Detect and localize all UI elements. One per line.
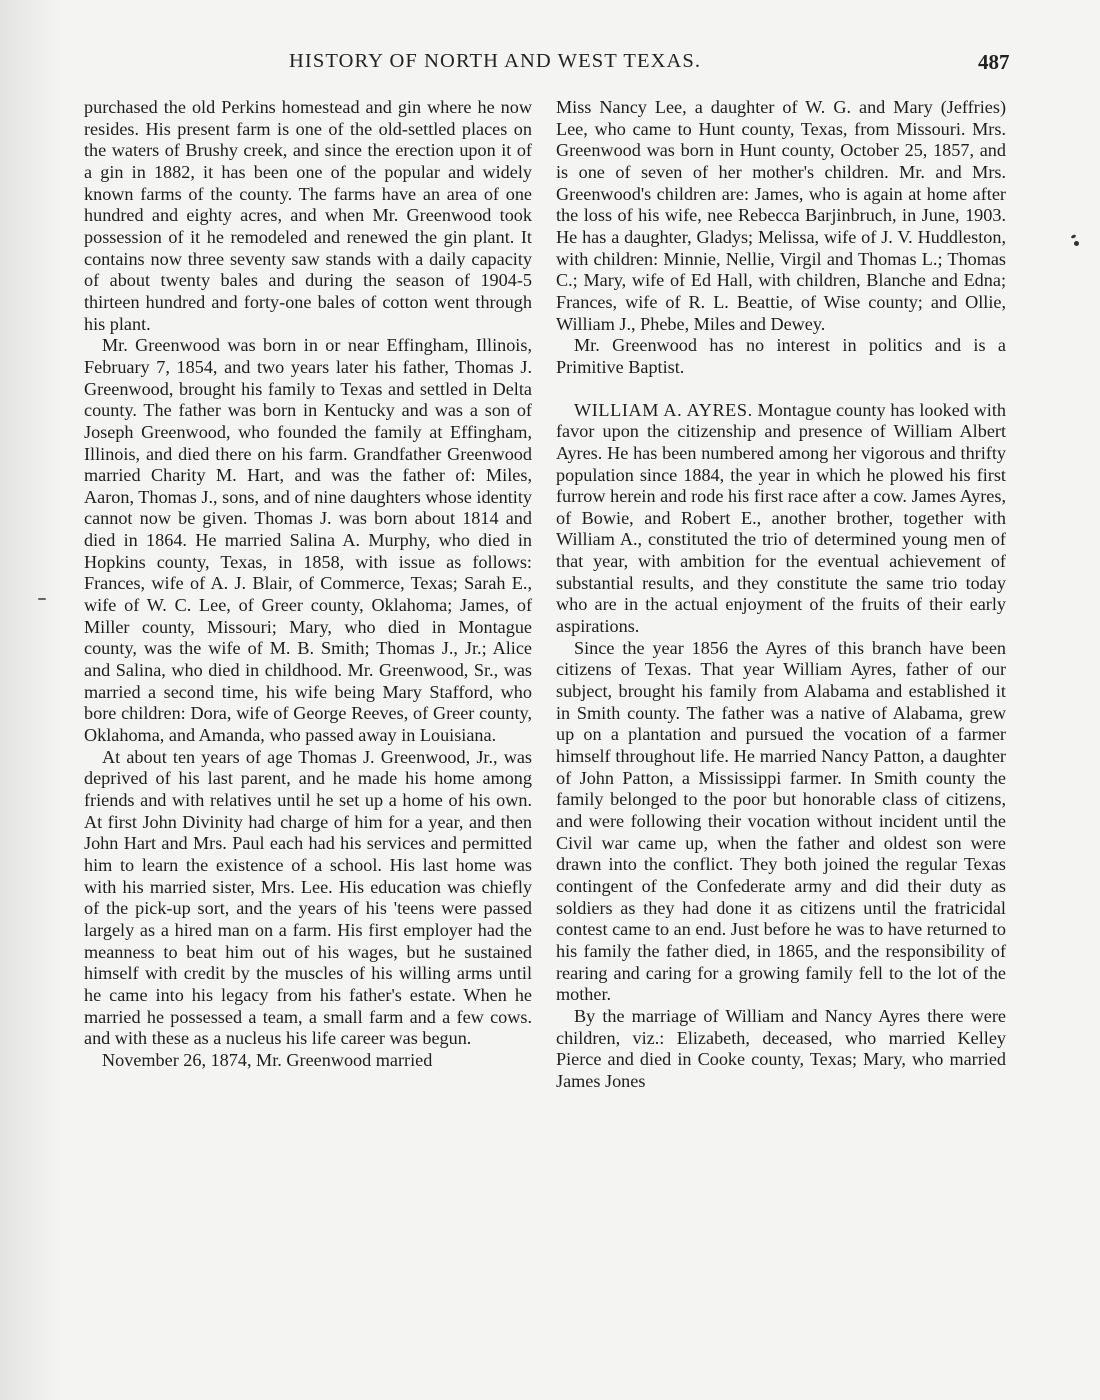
paragraph: November 26, 1874, Mr. Greenwood married bbox=[84, 1050, 532, 1072]
page-title: HISTORY OF NORTH AND WEST TEXAS. bbox=[289, 50, 701, 73]
paragraph: At about ten years of age Thomas J. Gree… bbox=[84, 747, 532, 1050]
scan-speck bbox=[38, 598, 46, 600]
paragraph: Mr. Greenwood has no interest in politic… bbox=[556, 335, 1006, 378]
biography-section-start: WILLIAM A. AYRES. Montague county has lo… bbox=[556, 400, 1006, 638]
section-lead-text: Montague county has looked with favor up… bbox=[556, 400, 1006, 637]
page-number: 487 bbox=[978, 50, 1010, 75]
scan-speck bbox=[1071, 234, 1077, 239]
running-header: HISTORY OF NORTH AND WEST TEXAS. 487 bbox=[0, 50, 1100, 80]
paragraph: By the marriage of William and Nancy Ayr… bbox=[556, 1006, 1006, 1093]
paragraph: Miss Nancy Lee, a daughter of W. G. and … bbox=[556, 97, 1006, 335]
paragraph: Mr. Greenwood was born in or near Effing… bbox=[84, 335, 532, 746]
page-edge-shadow bbox=[0, 0, 60, 1400]
paragraph: purchased the old Perkins homestead and … bbox=[84, 97, 532, 335]
right-column: Miss Nancy Lee, a daughter of W. G. and … bbox=[556, 97, 1006, 1093]
left-column: purchased the old Perkins homestead and … bbox=[84, 97, 532, 1072]
scan-speck bbox=[1074, 241, 1079, 246]
section-heading: WILLIAM A. AYRES. bbox=[574, 400, 753, 420]
paragraph: Since the year 1856 the Ayres of this br… bbox=[556, 638, 1006, 1006]
